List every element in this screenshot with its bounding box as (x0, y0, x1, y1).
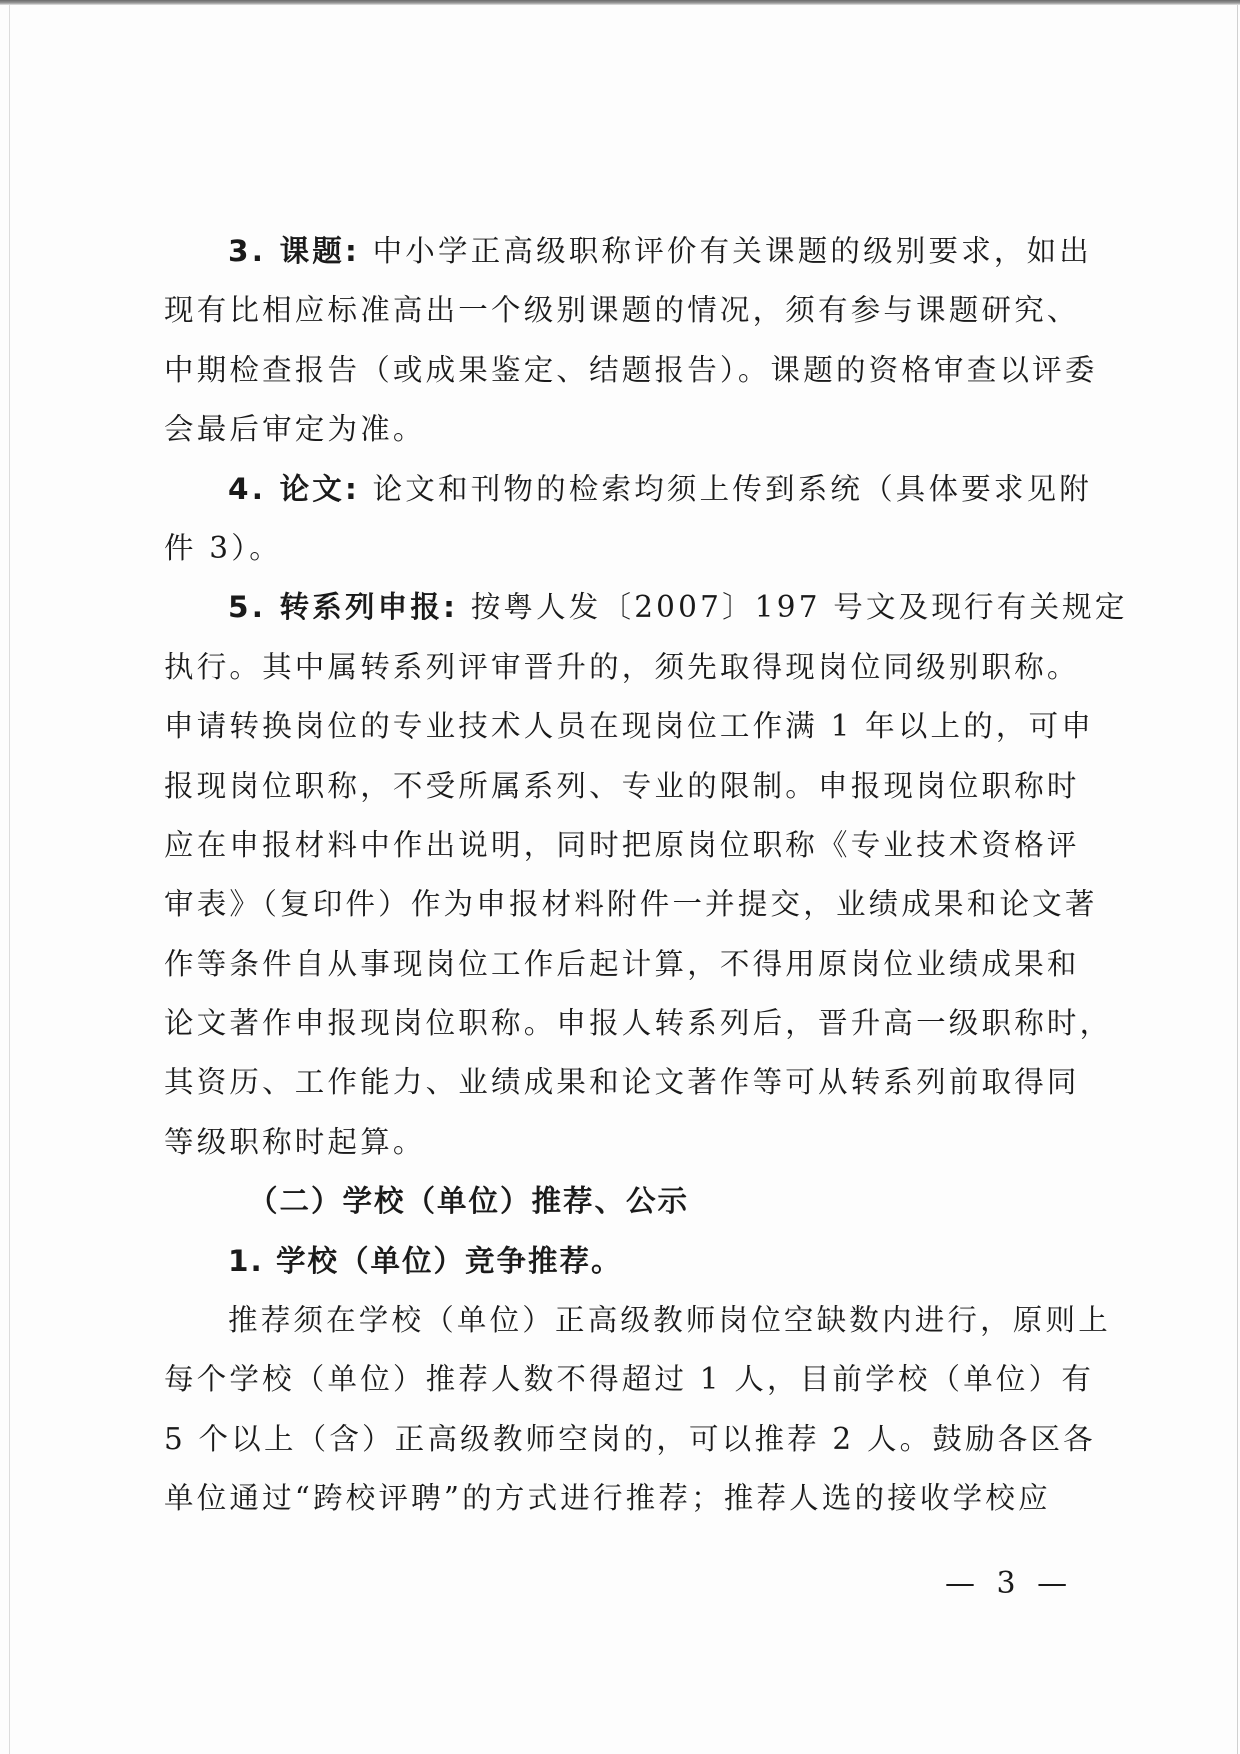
paragraph-line: 5 个以上（含）正高级教师空岗的，可以推荐 2 人。鼓励各区各 (164, 1410, 1094, 1469)
paragraph-line: 每个学校（单位）推荐人数不得超过 1 人，目前学校（单位）有 (164, 1350, 1094, 1409)
document-body: 3. 课题: 中小学正高级职称评价有关课题的级别要求，如出 现有比相应标准高出一… (164, 222, 1094, 1529)
item-4-text: 论文和刊物的检索均须上传到系统（具体要求见附 (373, 472, 1092, 506)
subsection-heading: 1. 学校（单位）竞争推荐。 (164, 1232, 1094, 1291)
item-5-label: 5. 转系列申报: (228, 590, 458, 624)
paragraph-item-5-line-1: 5. 转系列申报: 按粤人发〔2007〕197 号文及现行有关规定 (164, 578, 1094, 637)
paragraph-line: 中期检查报告（或成果鉴定、结题报告）。课题的资格审查以评委 (164, 341, 1094, 400)
item-3-text: 中小学正高级职称评价有关课题的级别要求，如出 (373, 234, 1092, 268)
paragraph-line: 件 3）。 (164, 519, 1094, 578)
paragraph-line: 应在申报材料中作出说明，同时把原岗位职称《专业技术资格评 (164, 816, 1094, 875)
item-4-label: 4. 论文: (228, 472, 360, 506)
scan-border-left (9, 5, 10, 1754)
scan-border-right (1237, 5, 1238, 1754)
document-page: 3. 课题: 中小学正高级职称评价有关课题的级别要求，如出 现有比相应标准高出一… (0, 0, 1240, 1754)
paragraph-line: 作等条件自从事现岗位工作后起计算，不得用原岗位业绩成果和 (164, 935, 1094, 994)
section-heading: （二）学校（单位）推荐、公示 (164, 1172, 1094, 1231)
scan-border-top (0, 0, 1240, 5)
paragraph-line: 申请转换岗位的专业技术人员在现岗位工作满 1 年以上的，可申 (164, 697, 1094, 756)
page-number: — 3 — (945, 1566, 1073, 1601)
paragraph-line: 单位通过“跨校评聘”的方式进行推荐；推荐人选的接收学校应 (164, 1469, 1094, 1528)
paragraph-item-3-line-1: 3. 课题: 中小学正高级职称评价有关课题的级别要求，如出 (164, 222, 1094, 281)
item-3-label: 3. 课题: (228, 234, 360, 268)
paragraph-line: 报现岗位职称，不受所属系列、专业的限制。申报现岗位职称时 (164, 757, 1094, 816)
paragraph-line: 推荐须在学校（单位）正高级教师岗位空缺数内进行，原则上 (164, 1291, 1094, 1350)
paragraph-line: 其资历、工作能力、业绩成果和论文著作等可从转系列前取得同 (164, 1053, 1094, 1112)
paragraph-line: 审表》（复印件）作为申报材料附件一并提交，业绩成果和论文著 (164, 875, 1094, 934)
paragraph-line: 论文著作申报现岗位职称。申报人转系列后，晋升高一级职称时， (164, 994, 1094, 1053)
paragraph-item-4-line-1: 4. 论文: 论文和刊物的检索均须上传到系统（具体要求见附 (164, 460, 1094, 519)
paragraph-line: 现有比相应标准高出一个级别课题的情况，须有参与课题研究、 (164, 281, 1094, 340)
paragraph-line: 会最后审定为准。 (164, 400, 1094, 459)
paragraph-line: 执行。其中属转系列评审晋升的，须先取得现岗位同级别职称。 (164, 638, 1094, 697)
item-5-text: 按粤人发〔2007〕197 号文及现行有关规定 (471, 590, 1128, 624)
paragraph-line: 等级职称时起算。 (164, 1113, 1094, 1172)
